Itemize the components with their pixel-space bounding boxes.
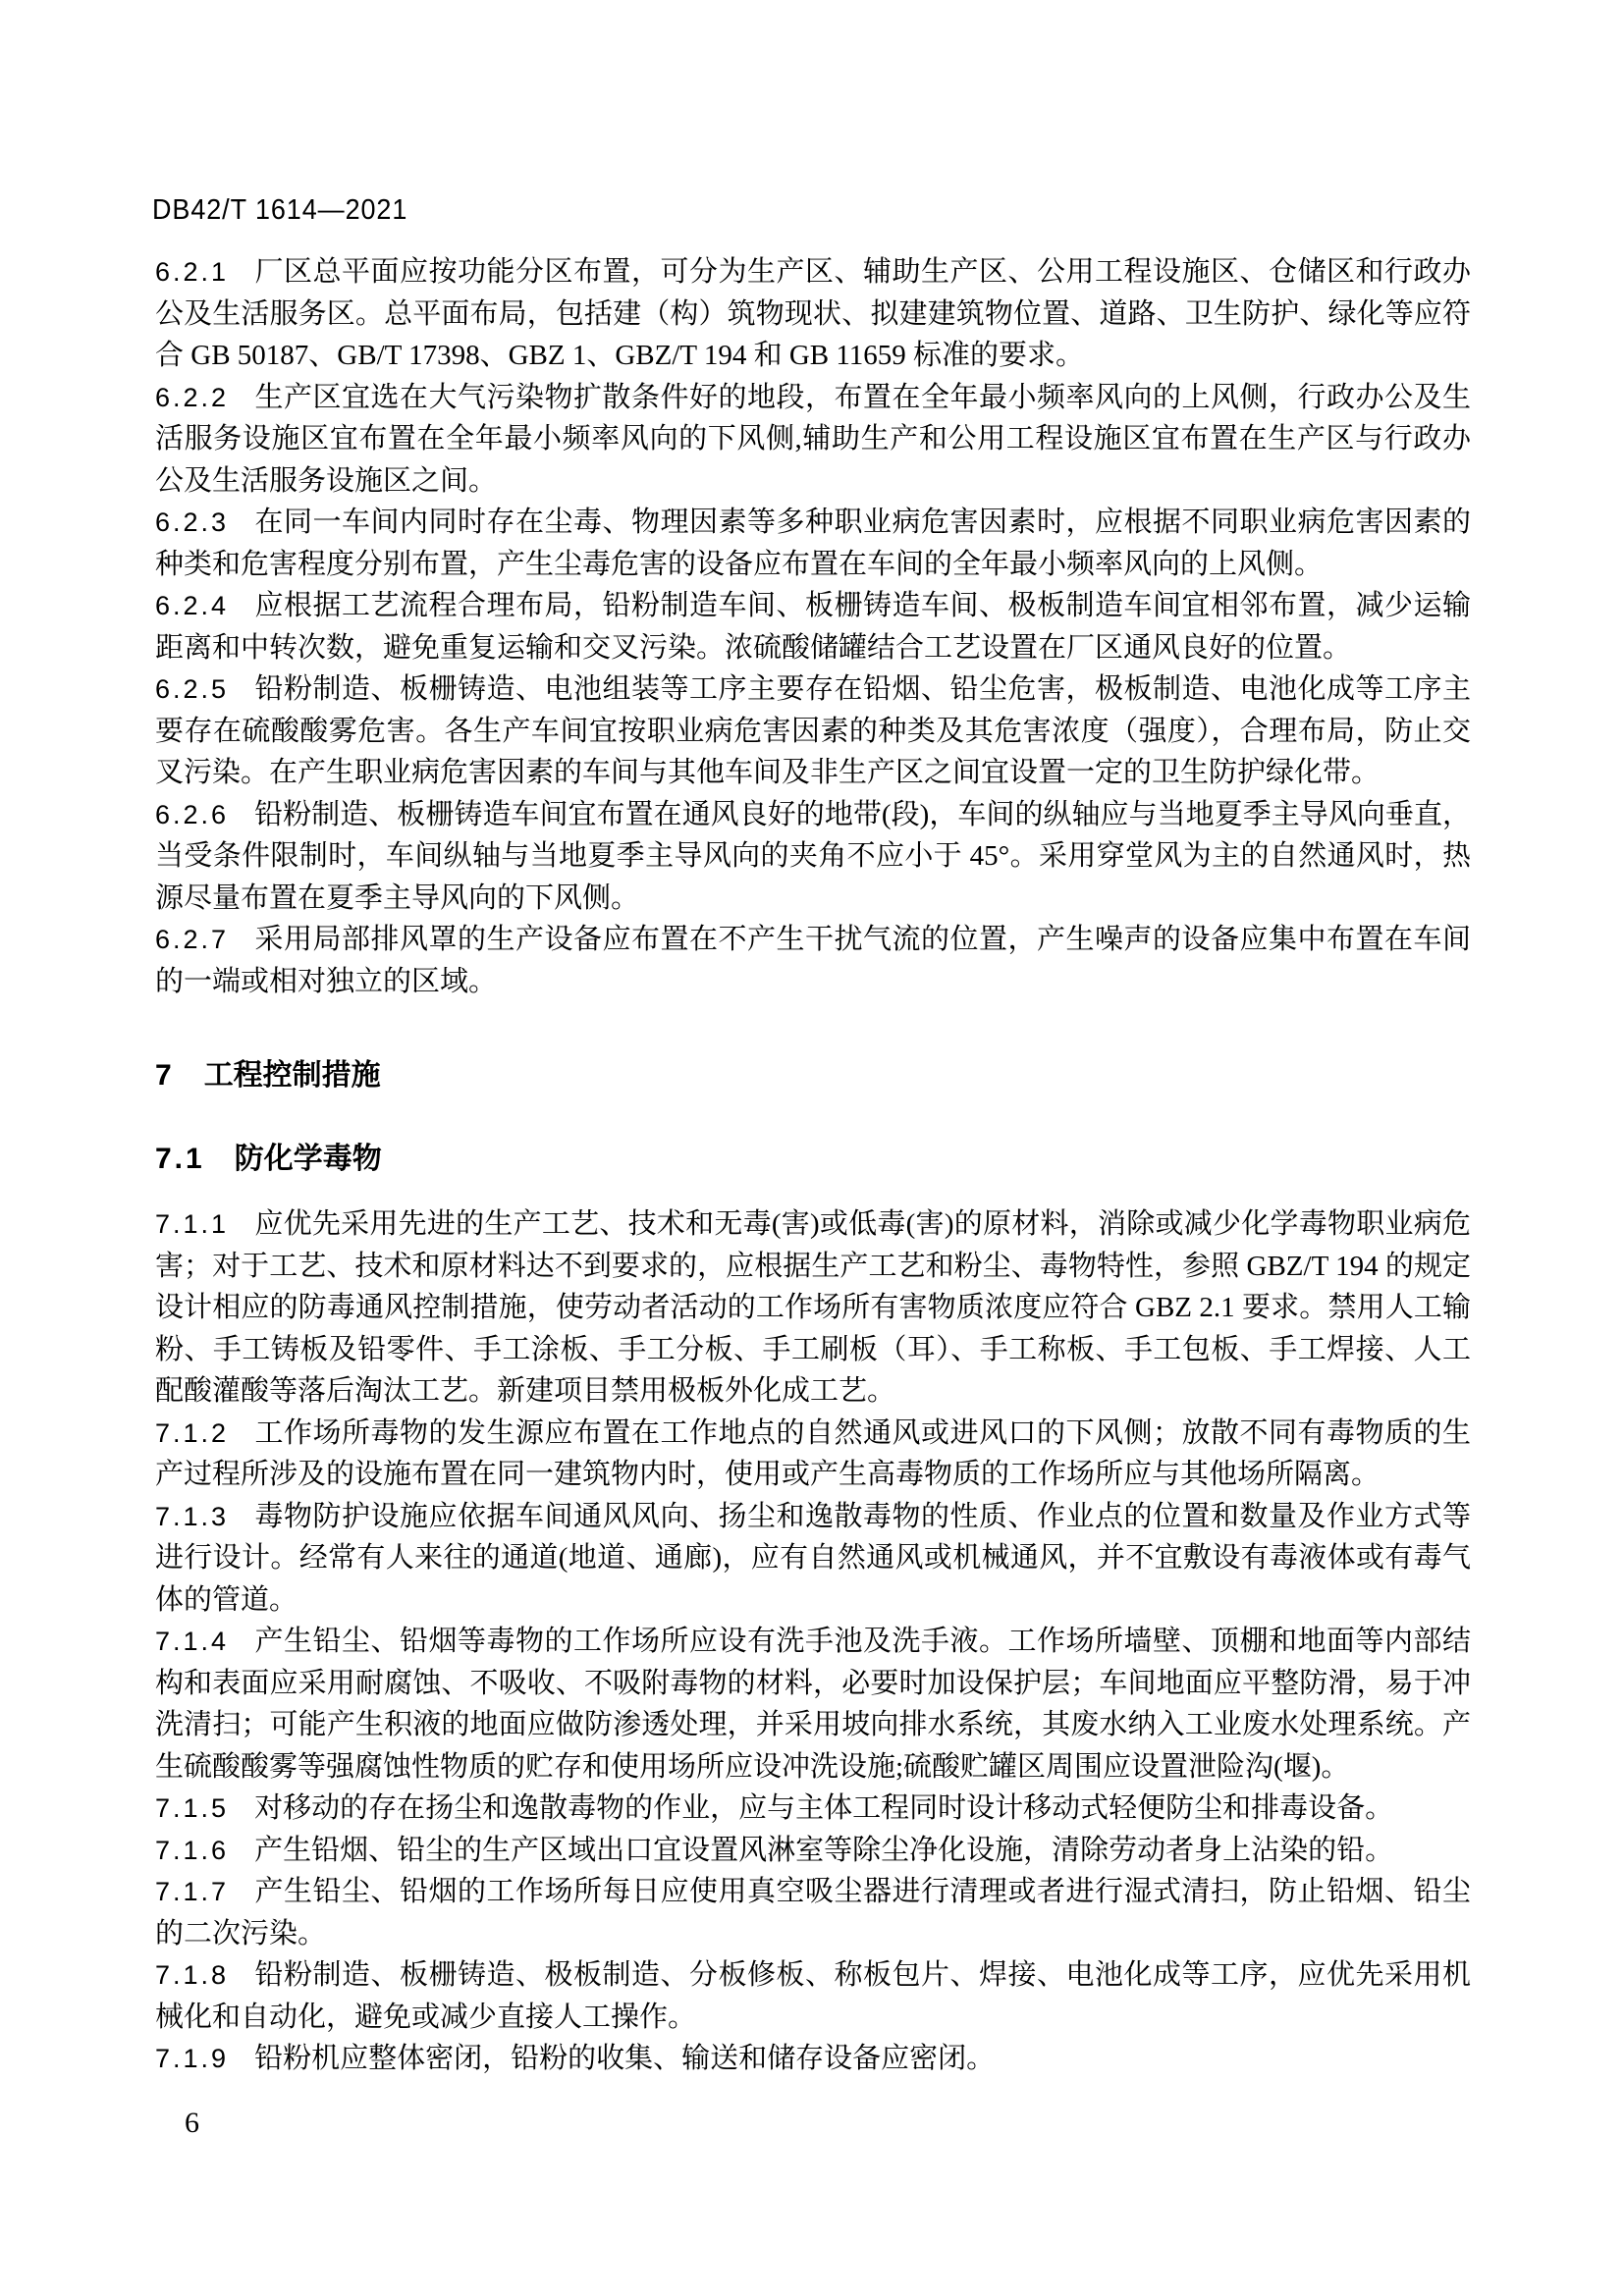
clause-7-1-3: 7.1.3毒物防护设施应依据车间通风风向、扬尘和逸散毒物的性质、作业点的位置和数…: [155, 1496, 1471, 1622]
clause-number: 7.1.6: [155, 1836, 229, 1865]
clause-6-2-5: 6.2.5铅粉制造、板栅铸造、电池组装等工序主要存在铅烟、铅尘危害，极板制造、电…: [155, 668, 1471, 794]
clause-6-2-7: 6.2.7采用局部排风罩的生产设备应布置在不产生干扰气流的位置，产生噪声的设备应…: [155, 919, 1471, 1002]
section-7-1-heading: 7.1防化学毒物: [155, 1139, 1471, 1181]
clause-7-1-7: 7.1.7产生铅尘、铅烟的工作场所每日应使用真空吸尘器进行清理或者进行湿式清扫，…: [155, 1871, 1471, 1954]
section-7-heading: 7工程控制措施: [155, 1055, 1471, 1097]
clause-7-1-1: 7.1.1应优先采用先进的生产工艺、技术和无毒(害)或低毒(害)的原材料，消除或…: [155, 1203, 1471, 1413]
clause-number: 7.1.4: [155, 1627, 229, 1656]
clause-7-1-6: 7.1.6产生铅烟、铅尘的生产区域出口宜设置风淋室等除尘净化设施，清除劳动者身上…: [155, 1830, 1471, 1872]
clause-7-1-9: 7.1.9铅粉机应整体密闭，铅粉的收集、输送和储存设备应密闭。: [155, 2038, 1471, 2080]
clause-text: 铅粉机应整体密闭，铅粉的收集、输送和储存设备应密闭。: [254, 2043, 995, 2074]
section-title: 工程控制措施: [204, 1059, 381, 1092]
document-body: 6.2.1厂区总平面应按功能分区布置，可分为生产区、辅助生产区、公用工程设施区、…: [155, 251, 1471, 2080]
clause-text: 采用局部排风罩的生产设备应布置在不产生干扰气流的位置，产生噪声的设备应集中布置在…: [155, 924, 1471, 997]
clause-number: 7.1.8: [155, 1960, 229, 1990]
clause-number: 6.2.7: [155, 925, 229, 954]
clause-text: 应优先采用先进的生产工艺、技术和无毒(害)或低毒(害)的原材料，消除或减少化学毒…: [155, 1208, 1471, 1407]
clause-text: 铅粉制造、板栅铸造、极板制造、分板修板、称板包片、焊接、电池化成等工序，应优先采…: [155, 1959, 1471, 2033]
clause-number: 6.2.3: [155, 507, 229, 537]
clause-text: 工作场所毒物的发生源应布置在工作地点的自然通风或进风口的下风侧；放散不同有毒物质…: [155, 1417, 1471, 1491]
standard-code-header: DB42/T 1614—2021: [152, 194, 407, 227]
clause-number: 6.2.4: [155, 591, 229, 620]
clause-number: 7.1.9: [155, 2044, 229, 2073]
clause-7-1-5: 7.1.5对移动的存在扬尘和逸散毒物的作业，应与主体工程同时设计移动式轻便防尘和…: [155, 1788, 1471, 1830]
clause-number: 6.2.2: [155, 383, 229, 412]
page-number: 6: [185, 2103, 199, 2145]
clause-6-2-1: 6.2.1厂区总平面应按功能分区布置，可分为生产区、辅助生产区、公用工程设施区、…: [155, 251, 1471, 377]
clause-text: 铅粉制造、板栅铸造、电池组装等工序主要存在铅烟、铅尘危害，极板制造、电池化成等工…: [155, 673, 1471, 788]
clause-number: 7.1.7: [155, 1877, 229, 1906]
clause-text: 在同一车间内同时存在尘毒、物理因素等多种职业病危害因素时，应根据不同职业病危害因…: [155, 507, 1471, 580]
clause-number: 6.2.1: [155, 257, 229, 287]
clause-7-1-4: 7.1.4产生铅尘、铅烟等毒物的工作场所应设有洗手池及洗手液。工作场所墙壁、顶棚…: [155, 1621, 1471, 1788]
clause-7-1-8: 7.1.8铅粉制造、板栅铸造、极板制造、分板修板、称板包片、焊接、电池化成等工序…: [155, 1954, 1471, 2038]
clause-text: 生产区宜选在大气污染物扩散条件好的地段，布置在全年最小频率风向的上风侧，行政办公…: [155, 382, 1471, 497]
clause-number: 7.1.1: [155, 1209, 229, 1239]
clause-text: 对移动的存在扬尘和逸散毒物的作业，应与主体工程同时设计移动式轻便防尘和排毒设备。: [254, 1792, 1393, 1824]
clause-text: 应根据工艺流程合理布局，铅粉制造车间、板栅铸造车间、极板制造车间宜相邻布置，减少…: [155, 590, 1471, 664]
subsection-title: 防化学毒物: [235, 1143, 382, 1175]
subsection-number: 7.1: [155, 1143, 205, 1175]
clause-6-2-6: 6.2.6铅粉制造、板栅铸造车间宜布置在通风良好的地带(段)，车间的纵轴应与当地…: [155, 794, 1471, 920]
clause-text: 产生铅尘、铅烟等毒物的工作场所应设有洗手池及洗手液。工作场所墙壁、顶棚和地面等内…: [155, 1626, 1471, 1783]
clause-number: 7.1.3: [155, 1502, 229, 1531]
clause-number: 6.2.5: [155, 674, 229, 704]
clause-text: 铅粉制造、板栅铸造车间宜布置在通风良好的地带(段)，车间的纵轴应与当地夏季主导风…: [155, 799, 1471, 914]
clause-6-2-2: 6.2.2生产区宜选在大气污染物扩散条件好的地段，布置在全年最小频率风向的上风侧…: [155, 377, 1471, 503]
section-number: 7: [155, 1059, 175, 1092]
clause-text: 产生铅烟、铅尘的生产区域出口宜设置风淋室等除尘净化设施，清除劳动者身上沾染的铅。: [254, 1835, 1393, 1866]
clause-number: 6.2.6: [155, 800, 229, 829]
clause-6-2-4: 6.2.4应根据工艺流程合理布局，铅粉制造车间、板栅铸造车间、极板制造车间宜相邻…: [155, 585, 1471, 668]
clause-number: 7.1.5: [155, 1793, 229, 1823]
document-page: DB42/T 1614—2021 6.2.1厂区总平面应按功能分区布置，可分为生…: [0, 0, 1624, 2296]
clause-text: 毒物防护设施应依据车间通风风向、扬尘和逸散毒物的性质、作业点的位置和数量及作业方…: [155, 1501, 1471, 1616]
clause-text: 厂区总平面应按功能分区布置，可分为生产区、辅助生产区、公用工程设施区、仓储区和行…: [155, 256, 1471, 371]
clause-6-2-3: 6.2.3在同一车间内同时存在尘毒、物理因素等多种职业病危害因素时，应根据不同职…: [155, 502, 1471, 585]
clause-text: 产生铅尘、铅烟的工作场所每日应使用真空吸尘器进行清理或者进行湿式清扫，防止铅烟、…: [155, 1876, 1471, 1949]
clause-number: 7.1.2: [155, 1418, 229, 1448]
clause-7-1-2: 7.1.2工作场所毒物的发生源应布置在工作地点的自然通风或进风口的下风侧；放散不…: [155, 1413, 1471, 1496]
